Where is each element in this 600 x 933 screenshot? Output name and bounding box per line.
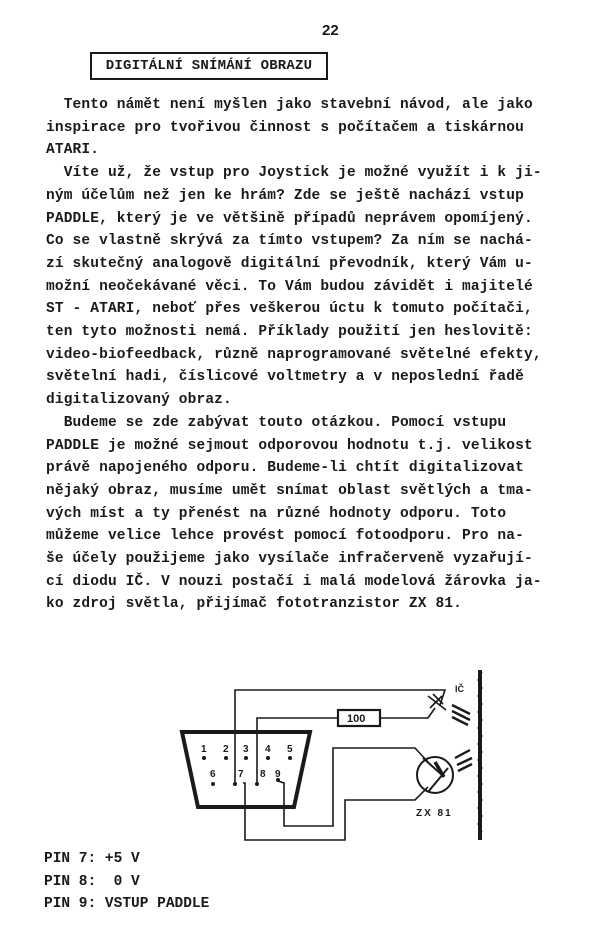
body-text-line: Budeme se zde zabývat touto otázkou. Pom… [46, 412, 566, 435]
pin-label: 6 [210, 769, 216, 780]
pin-label: 2 [223, 744, 229, 755]
body-text-line: ko zdroj světla, přijímač fototranzistor… [46, 593, 566, 616]
body-text-line: možní neočekávané věci. To Vám budou záv… [46, 276, 566, 299]
pin-label: 5 [287, 744, 293, 755]
light-reception-arrows [455, 750, 472, 771]
resistor-label: 100 [347, 713, 365, 725]
pin-label: 1 [201, 744, 207, 755]
pin-label: 9 [275, 769, 281, 780]
body-text-line: Co se vlastně skrývá za tímto vstupem? Z… [46, 230, 566, 253]
diode-label: IČ [455, 683, 465, 694]
wire-pin7 [235, 690, 445, 786]
body-text-line: digitalizovaný obraz. [46, 389, 566, 412]
body-text-line: Víte už, že vstup pro Joystick je možné … [46, 162, 566, 185]
pin-note-line: PIN 8: 0 V [44, 871, 209, 894]
body-text-line: vých míst a ty přenést na různé hodnoty … [46, 503, 566, 526]
transistor-label: ZX 81 [416, 808, 453, 819]
circuit-diagram: 1 2 3 4 5 6 7 8 9 100 IČ ZX 81 [170, 650, 490, 850]
body-text-line: PADDLE je možné sejmout odporovou hodnot… [46, 435, 566, 458]
pin-label: 4 [265, 744, 271, 755]
pin-note-line: PIN 7: +5 V [44, 848, 209, 871]
pin-note-line: PIN 9: VSTUP PADDLE [44, 893, 209, 916]
wire-resistor-diode [380, 708, 435, 718]
wire-pin9 [278, 748, 428, 826]
body-text-line: še účely použijeme jako vysílače infrače… [46, 548, 566, 571]
body-text-line: inspirace pro tvořivou činnost s počítač… [46, 117, 566, 140]
body-text-line: cí diodu IČ. V nouzi postačí i malá mode… [46, 571, 566, 594]
body-text-line: nějaký obraz, musíme umět snímat oblast … [46, 480, 566, 503]
body-text-line: světelní hadi, číslicové voltmetry a v n… [46, 366, 566, 389]
article-body: Tento námět není myšlen jako stavební ná… [46, 94, 566, 616]
article-title-text: DIGITÁLNÍ SNÍMÁNÍ OBRAZU [106, 58, 312, 74]
wire-pin7-bottom [243, 783, 428, 840]
body-text-line: ST - ATARI, neboť přes veškerou úctu k t… [46, 298, 566, 321]
ir-emission-arrows [452, 705, 470, 725]
body-text-line: PADDLE, který je ve většině případů nepr… [46, 208, 566, 231]
body-text-line: video-biofeedback, různě naprogramované … [46, 344, 566, 367]
body-text-line: Tento námět není myšlen jako stavební ná… [46, 94, 566, 117]
page-number: 22 [322, 22, 339, 39]
body-text-line: zí skutečný analogově digitální převodní… [46, 253, 566, 276]
body-text-line: právě napojeného odporu. Budeme-li chtít… [46, 457, 566, 480]
pin-notes: PIN 7: +5 VPIN 8: 0 VPIN 9: VSTUP PADDLE [44, 848, 209, 916]
body-text-line: ten tyto možnosti nemá. Příklady použití… [46, 321, 566, 344]
body-text-line: můžeme velice lehce provést pomocí fotoo… [46, 525, 566, 548]
article-title: DIGITÁLNÍ SNÍMÁNÍ OBRAZU [90, 52, 328, 80]
pin-label: 8 [260, 769, 266, 780]
body-text-line: ným účelům než jen ke hrám? Zde se ještě… [46, 185, 566, 208]
body-text-line: ATARI. [46, 139, 566, 162]
pin-label: 3 [243, 744, 249, 755]
pin-label: 7 [238, 769, 244, 780]
